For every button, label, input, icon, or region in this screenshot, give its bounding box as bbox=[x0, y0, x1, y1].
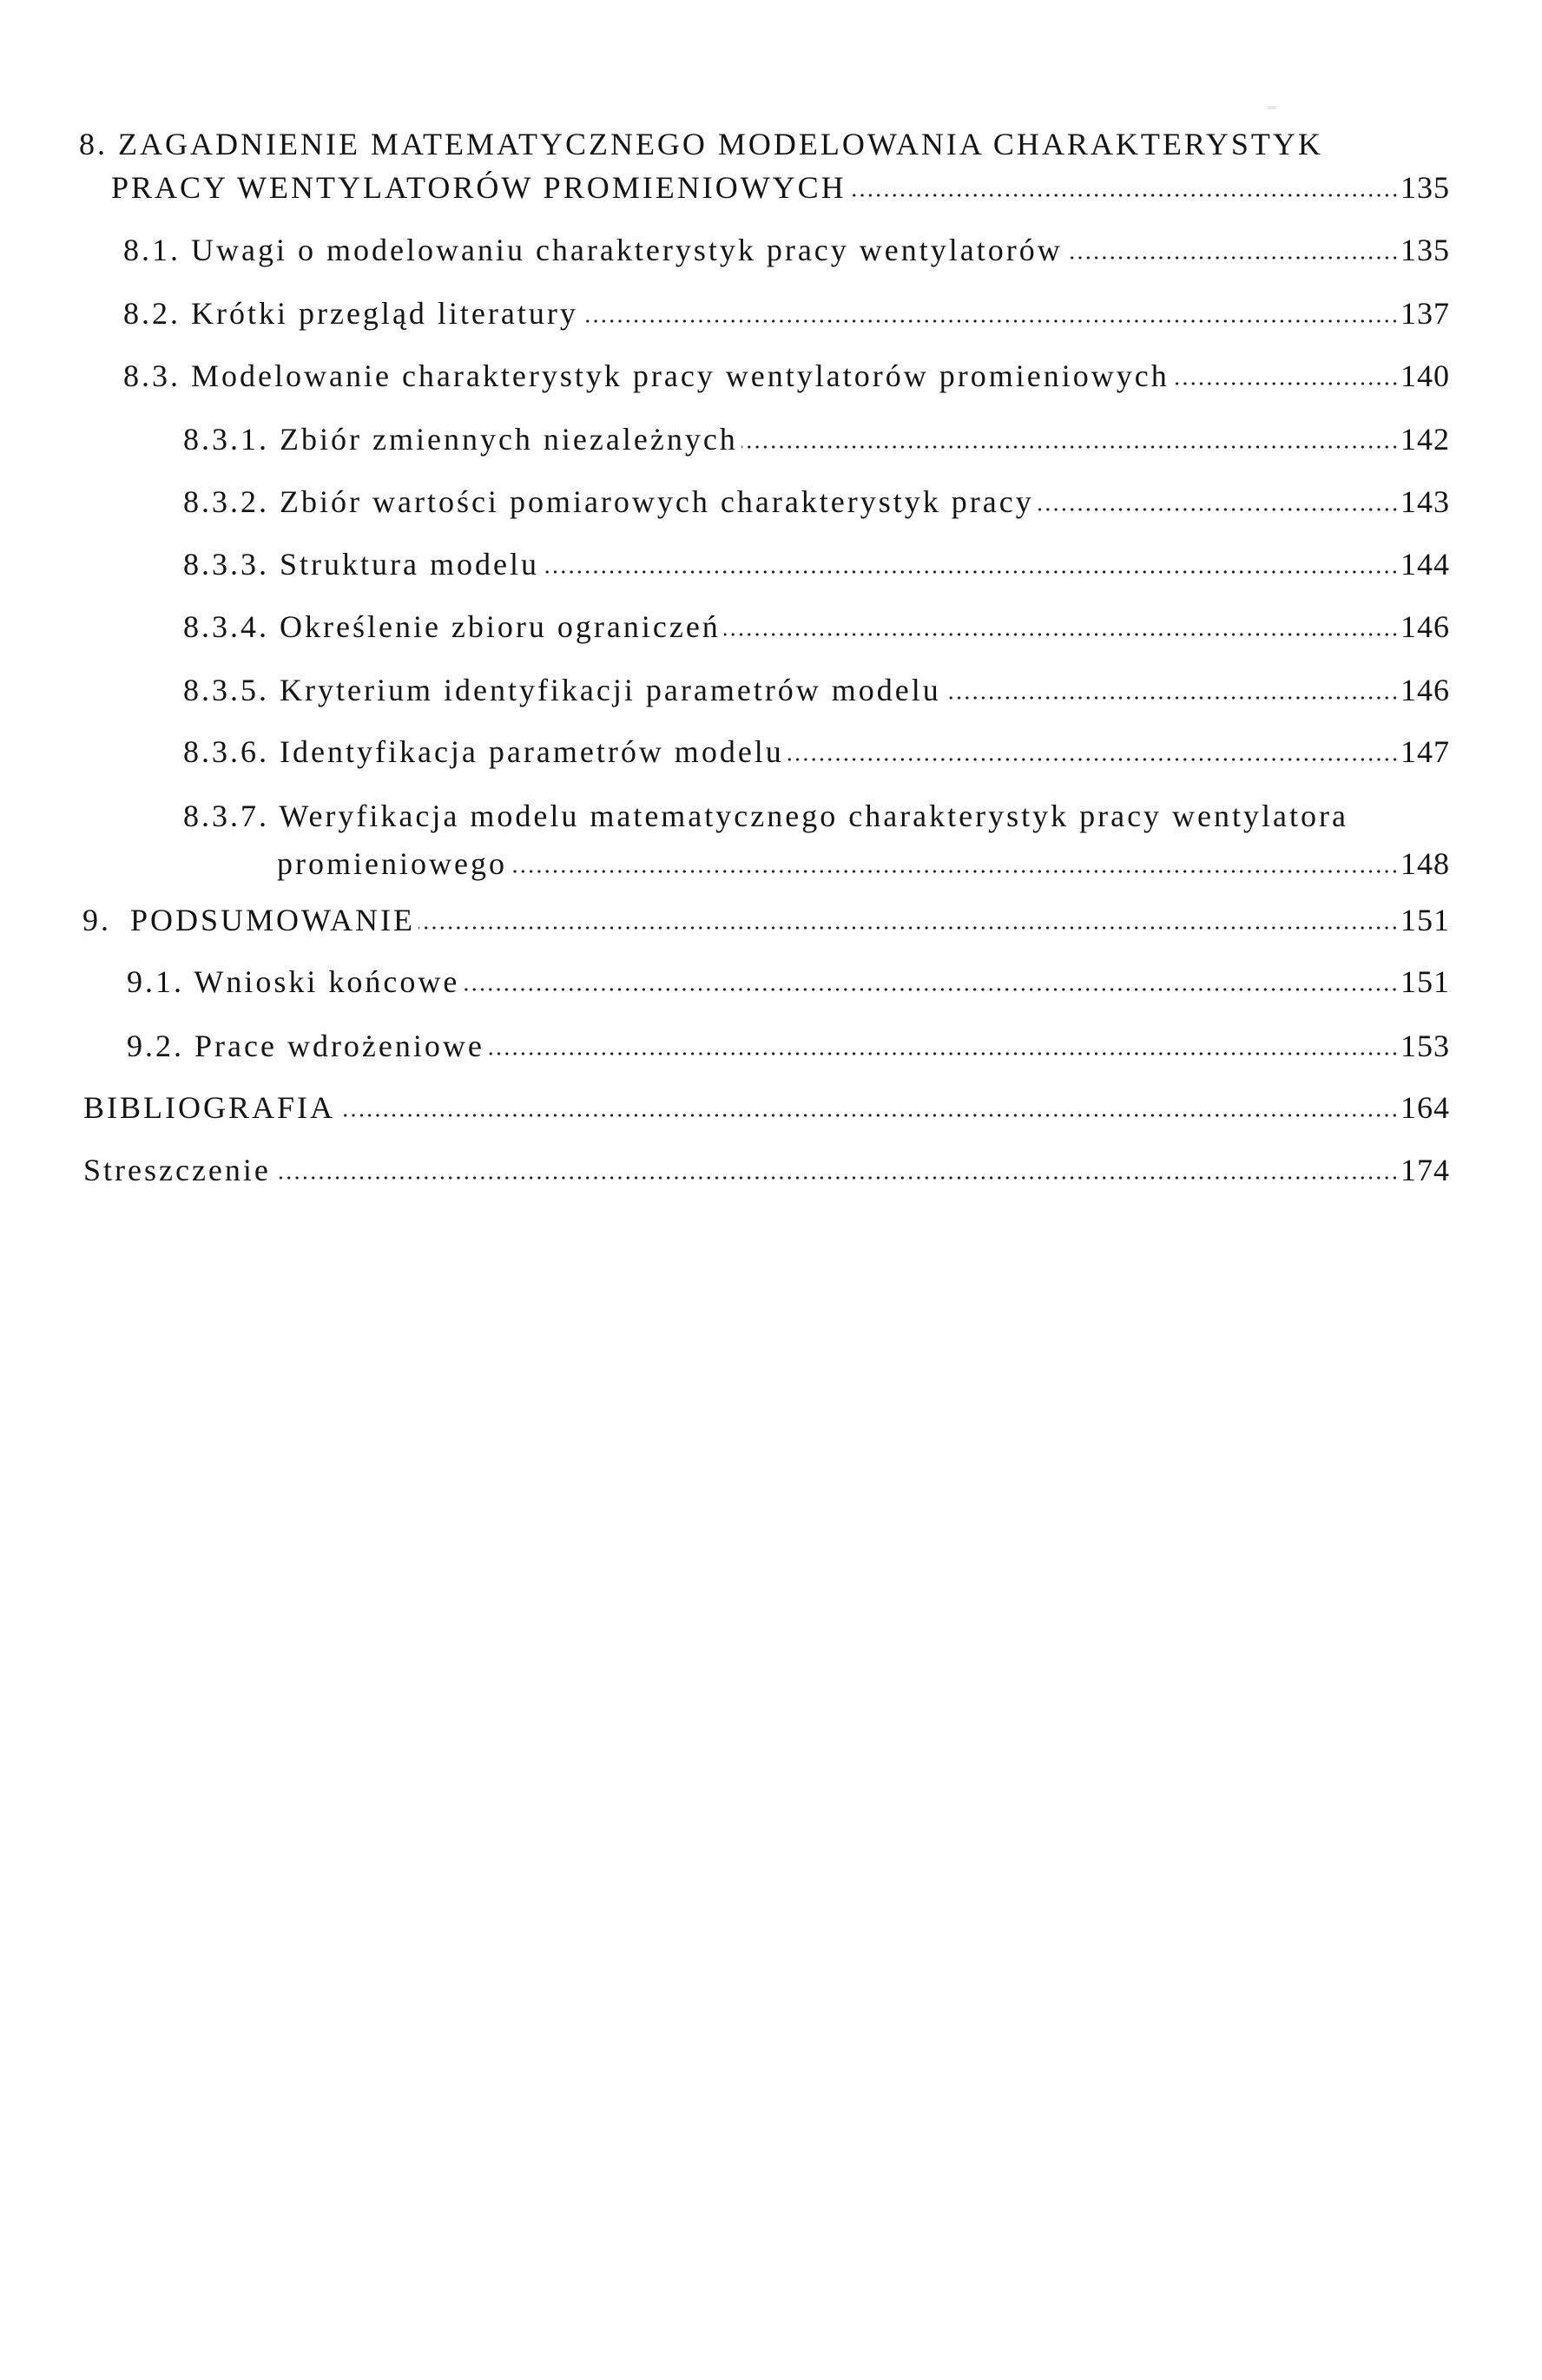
entry-label: 8.3. Modelowanie charakterystyk pracy we… bbox=[123, 360, 1170, 391]
document-page: 8. ZAGADNIENIE MATEMATYCZNEGO MODELOWANI… bbox=[0, 0, 1542, 2380]
entry-label: 8.3.1. Zbiór zmiennych niezależnych bbox=[183, 424, 738, 455]
toc-entry-streszczenie[interactable]: Streszczenie 174 bbox=[83, 1154, 1450, 1186]
entry-label: 9.1. Wnioski końcowe bbox=[127, 966, 459, 997]
dot-leader bbox=[787, 757, 1399, 762]
dot-leader bbox=[274, 1175, 1399, 1180]
entry-title: Wnioski końcowe bbox=[194, 964, 459, 999]
entry-number: 8.1. bbox=[123, 233, 181, 267]
entry-title: Prace wdrożeniowe bbox=[194, 1029, 484, 1063]
entry-title: Weryfikacja modelu matematycznego charak… bbox=[279, 799, 1348, 833]
dot-leader bbox=[339, 1113, 1399, 1118]
entry-title-continuation: promieniowego bbox=[277, 848, 507, 879]
entry-title: BIBLIOGRAFIA bbox=[83, 1092, 335, 1123]
entry-title: Krótki przegląd literatury bbox=[191, 296, 578, 331]
toc-entry-9-1[interactable]: 9.1. Wnioski końcowe 151 bbox=[127, 966, 1450, 997]
entry-title-continuation: PRACY WENTYLATORÓW PROMIENIOWYCH bbox=[111, 172, 847, 203]
entry-label: 8.3.4. Określenie zbioru ograniczeń bbox=[183, 611, 721, 642]
page-number: 146 bbox=[1400, 611, 1450, 642]
toc-entry-8-line1[interactable]: 8. ZAGADNIENIE MATEMATYCZNEGO MODELOWANI… bbox=[79, 128, 1323, 160]
toc-entry-9-2[interactable]: 9.2. Prace wdrożeniowe 153 bbox=[127, 1030, 1450, 1062]
entry-title: Identyfikacja parametrów modelu bbox=[280, 734, 784, 769]
page-number: 135 bbox=[1400, 172, 1450, 203]
dot-leader bbox=[1066, 255, 1399, 260]
page-number: 174 bbox=[1400, 1154, 1450, 1186]
entry-title: Modelowanie charakterystyk pracy wentyla… bbox=[191, 358, 1170, 393]
page-number: 137 bbox=[1400, 298, 1450, 329]
toc-entry-8-3-7-line1[interactable]: 8.3.7. Weryfikacja modelu matematycznego… bbox=[183, 800, 1348, 832]
dot-leader bbox=[741, 444, 1399, 450]
page-number: 151 bbox=[1400, 966, 1450, 997]
dot-leader bbox=[543, 569, 1399, 575]
page-number: 144 bbox=[1400, 549, 1450, 580]
entry-label: 8.1. Uwagi o modelowaniu charakterystyk … bbox=[123, 234, 1063, 266]
entry-title: Zbiór zmiennych niezależnych bbox=[280, 422, 738, 457]
page-number: 135 bbox=[1400, 234, 1450, 266]
entry-number: 8.2. bbox=[123, 296, 181, 331]
toc-entry-8-3-5[interactable]: 8.3.5. Kryterium identyfikacji parametró… bbox=[183, 674, 1450, 706]
toc-entry-8-3-2[interactable]: 8.3.2. Zbiór wartości pomiarowych charak… bbox=[183, 486, 1450, 517]
dot-leader bbox=[582, 319, 1399, 324]
dot-leader bbox=[511, 869, 1399, 874]
page-number: 148 bbox=[1400, 848, 1450, 879]
dot-leader bbox=[1173, 381, 1399, 386]
scan-speck bbox=[1268, 106, 1276, 109]
entry-label: 9.PODSUMOWANIE bbox=[82, 904, 415, 936]
entry-label: 8.3.6. Identyfikacja parametrów modelu bbox=[183, 736, 784, 767]
dot-leader bbox=[488, 1051, 1399, 1056]
toc-entry-8-3-3[interactable]: 8.3.3. Struktura modelu 144 bbox=[183, 549, 1450, 580]
toc-entry-8-2[interactable]: 8.2. Krótki przegląd literatury 137 bbox=[123, 298, 1450, 329]
toc-entry-8-3-7-line2[interactable]: promieniowego 148 bbox=[277, 848, 1450, 879]
entry-number: 8.3. bbox=[123, 358, 181, 393]
page-number: 153 bbox=[1400, 1030, 1450, 1062]
toc-entry-8-3-6[interactable]: 8.3.6. Identyfikacja parametrów modelu 1… bbox=[183, 736, 1450, 767]
toc-entry-8-3-1[interactable]: 8.3.1. Zbiór zmiennych niezależnych 142 bbox=[183, 424, 1450, 455]
entry-label: 8.3.2. Zbiór wartości pomiarowych charak… bbox=[183, 486, 1034, 517]
toc-entry-8-1[interactable]: 8.1. Uwagi o modelowaniu charakterystyk … bbox=[123, 234, 1450, 266]
entry-number: 8.3.1. bbox=[183, 422, 269, 457]
entry-title: ZAGADNIENIE MATEMATYCZNEGO MODELOWANIA C… bbox=[118, 127, 1323, 161]
page-number: 151 bbox=[1400, 904, 1450, 936]
entry-title: Struktura modelu bbox=[280, 547, 539, 582]
dot-leader bbox=[724, 632, 1399, 637]
entry-number: 8. bbox=[79, 127, 108, 161]
page-number: 147 bbox=[1400, 736, 1450, 767]
page-number: 164 bbox=[1400, 1092, 1450, 1123]
entry-number: 8.3.2. bbox=[183, 484, 269, 519]
toc-entry-8-3-4[interactable]: 8.3.4. Określenie zbioru ograniczeń 146 bbox=[183, 611, 1450, 642]
entry-number: 9.1. bbox=[127, 964, 184, 999]
page-number: 146 bbox=[1400, 674, 1450, 706]
entry-title: Kryterium identyfikacji parametrów model… bbox=[280, 673, 941, 707]
toc-entry-8-line2[interactable]: PRACY WENTYLATORÓW PROMIENIOWYCH 135 bbox=[111, 172, 1450, 203]
entry-label: 8.3.3. Struktura modelu bbox=[183, 549, 539, 580]
entry-title: PODSUMOWANIE bbox=[130, 903, 415, 937]
dot-leader bbox=[1038, 507, 1399, 512]
dot-leader bbox=[418, 925, 1399, 930]
dot-leader bbox=[945, 695, 1399, 700]
entry-number: 8.3.7. bbox=[183, 799, 269, 833]
entry-label: 8.2. Krótki przegląd literatury bbox=[123, 298, 578, 329]
entry-number: 8.3.5. bbox=[183, 673, 269, 707]
entry-title: Uwagi o modelowaniu charakterystyk pracy… bbox=[191, 233, 1063, 267]
dot-leader bbox=[463, 987, 1399, 992]
entry-number: 8.3.6. bbox=[183, 734, 269, 769]
entry-label: 9.2. Prace wdrożeniowe bbox=[127, 1030, 484, 1062]
page-number: 142 bbox=[1400, 424, 1450, 455]
page-number: 143 bbox=[1400, 486, 1450, 517]
entry-number: 8.3.3. bbox=[183, 547, 269, 582]
entry-title: Określenie zbioru ograniczeń bbox=[280, 609, 721, 644]
toc-entry-8-3[interactable]: 8.3. Modelowanie charakterystyk pracy we… bbox=[123, 360, 1450, 391]
toc-entry-bibliografia[interactable]: BIBLIOGRAFIA 164 bbox=[83, 1092, 1450, 1123]
entry-number: 9. bbox=[82, 903, 111, 937]
dot-leader bbox=[850, 193, 1399, 198]
entry-title: Streszczenie bbox=[83, 1154, 271, 1186]
toc-entry-9[interactable]: 9.PODSUMOWANIE 151 bbox=[82, 904, 1450, 936]
page-number: 140 bbox=[1400, 360, 1450, 391]
entry-label: 8.3.5. Kryterium identyfikacji parametró… bbox=[183, 674, 941, 706]
entry-number: 8.3.4. bbox=[183, 609, 269, 644]
entry-number: 9.2. bbox=[127, 1029, 184, 1063]
entry-title: Zbiór wartości pomiarowych charakterysty… bbox=[280, 484, 1034, 519]
